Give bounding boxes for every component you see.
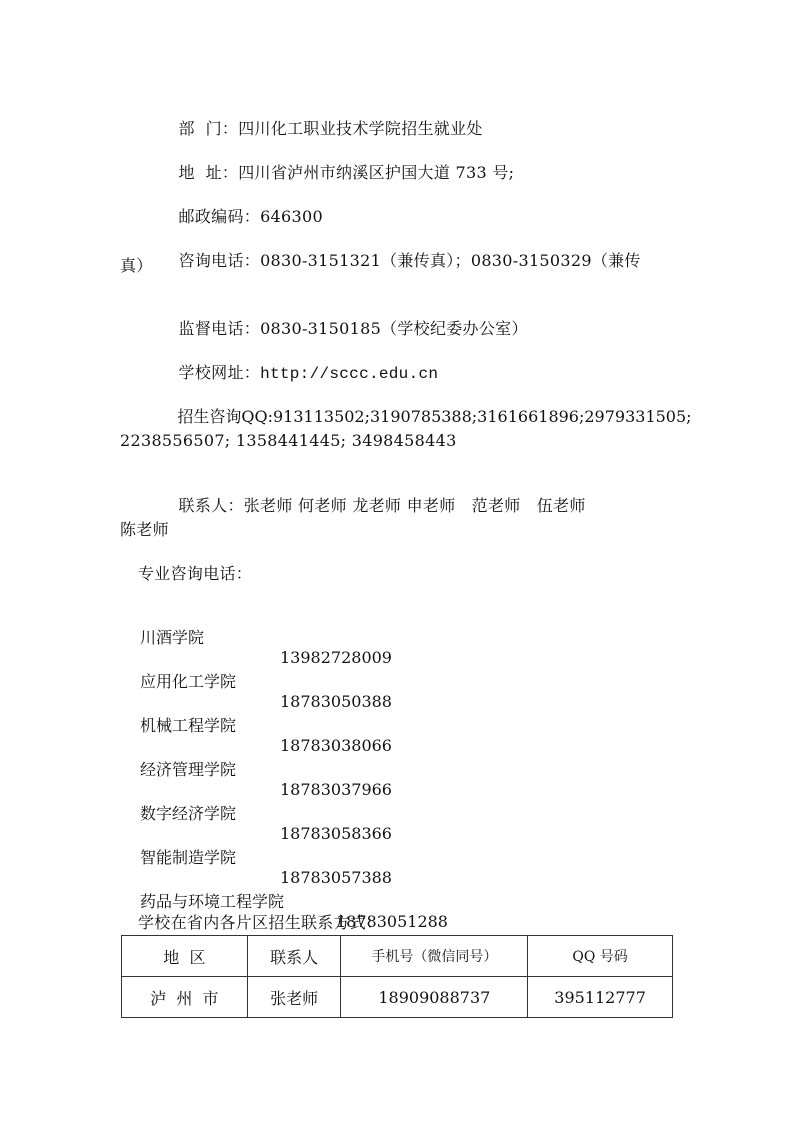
table-header-row: 地 区 联系人 手机号（微信同号） QQ 号码: [122, 936, 673, 977]
cell-contact: 张老师: [247, 977, 341, 1018]
major-name: 经济管理学院: [140, 760, 236, 780]
qq-label: 招生咨询QQ:: [177, 407, 273, 426]
consult-phone-value: 0830-3151321（兼传真）；0830-3150329（兼传: [260, 251, 641, 270]
header-region: 地 区: [122, 936, 248, 977]
department-value: 四川化工职业技术学院招生就业处: [238, 119, 483, 138]
consult-phone-continuation: 真）: [120, 256, 153, 276]
contacts-continuation: 陈老师: [120, 520, 169, 540]
contacts-values: 张老师 何老师 龙老师 申老师 范老师 伍老师: [244, 496, 586, 515]
consult-phone-label: 咨询电话：: [179, 251, 261, 270]
table-row: 泸 州 市 张老师 18909088737 395112777: [122, 977, 673, 1018]
header-qq: QQ 号码: [528, 936, 673, 977]
consult-phone-line: 咨询电话：0830-3151321（兼传真）；0830-3150329（兼传: [157, 231, 641, 291]
major-name: 机械工程学院: [140, 716, 236, 736]
region-contact-table: 地 区 联系人 手机号（微信同号） QQ 号码 泸 州 市 张老师 189090…: [121, 935, 673, 1018]
qq-values: 913113502;3190785388;3161661896;29793315…: [273, 407, 692, 426]
majors-title: 专业咨询电话：: [138, 564, 252, 584]
cell-phone: 18909088737: [341, 977, 528, 1018]
major-name: 应用化工学院: [140, 672, 236, 692]
qq-continuation: 2238556507; 1358441445; 3498458443: [120, 431, 457, 451]
header-contact: 联系人: [247, 936, 341, 977]
major-name: 药品与环境工程学院: [140, 892, 284, 912]
major-phone: 18783038066: [280, 736, 392, 756]
postcode-label: 邮政编码：: [179, 207, 261, 226]
postcode-value: 646300: [260, 207, 323, 226]
major-name: 数字经济学院: [140, 804, 236, 824]
major-name: 川酒学院: [140, 628, 204, 648]
website-link[interactable]: http://sccc.edu.cn: [260, 365, 438, 383]
major-name: 智能制造学院: [140, 848, 236, 868]
supervise-phone-label: 监督电话：: [179, 319, 261, 338]
major-phone: 18783058366: [280, 824, 392, 844]
major-phone: 13982728009: [280, 648, 392, 668]
major-phone: 18783057388: [280, 868, 392, 888]
address-label: 地 址：: [179, 163, 239, 182]
header-phone: 手机号（微信同号）: [341, 936, 528, 977]
contacts-line: 联系人：张老师 何老师 龙老师 申老师 范老师 伍老师: [157, 476, 586, 536]
cell-qq: 395112777: [528, 977, 673, 1018]
department-label: 部 门：: [179, 119, 239, 138]
address-value: 四川省泸州市纳溪区护国大道 733 号;: [238, 163, 514, 182]
website-label: 学校网址：: [179, 363, 261, 382]
major-phone: 18783037966: [280, 780, 392, 800]
supervise-phone-value: 0830-3150185（学校纪委办公室）: [260, 319, 528, 338]
contacts-label: 联系人：: [179, 496, 244, 515]
major-phone: 18783050388: [280, 692, 392, 712]
regions-title: 学校在省内各片区招生联系方式：: [138, 913, 383, 933]
cell-region: 泸 州 市: [122, 977, 248, 1018]
